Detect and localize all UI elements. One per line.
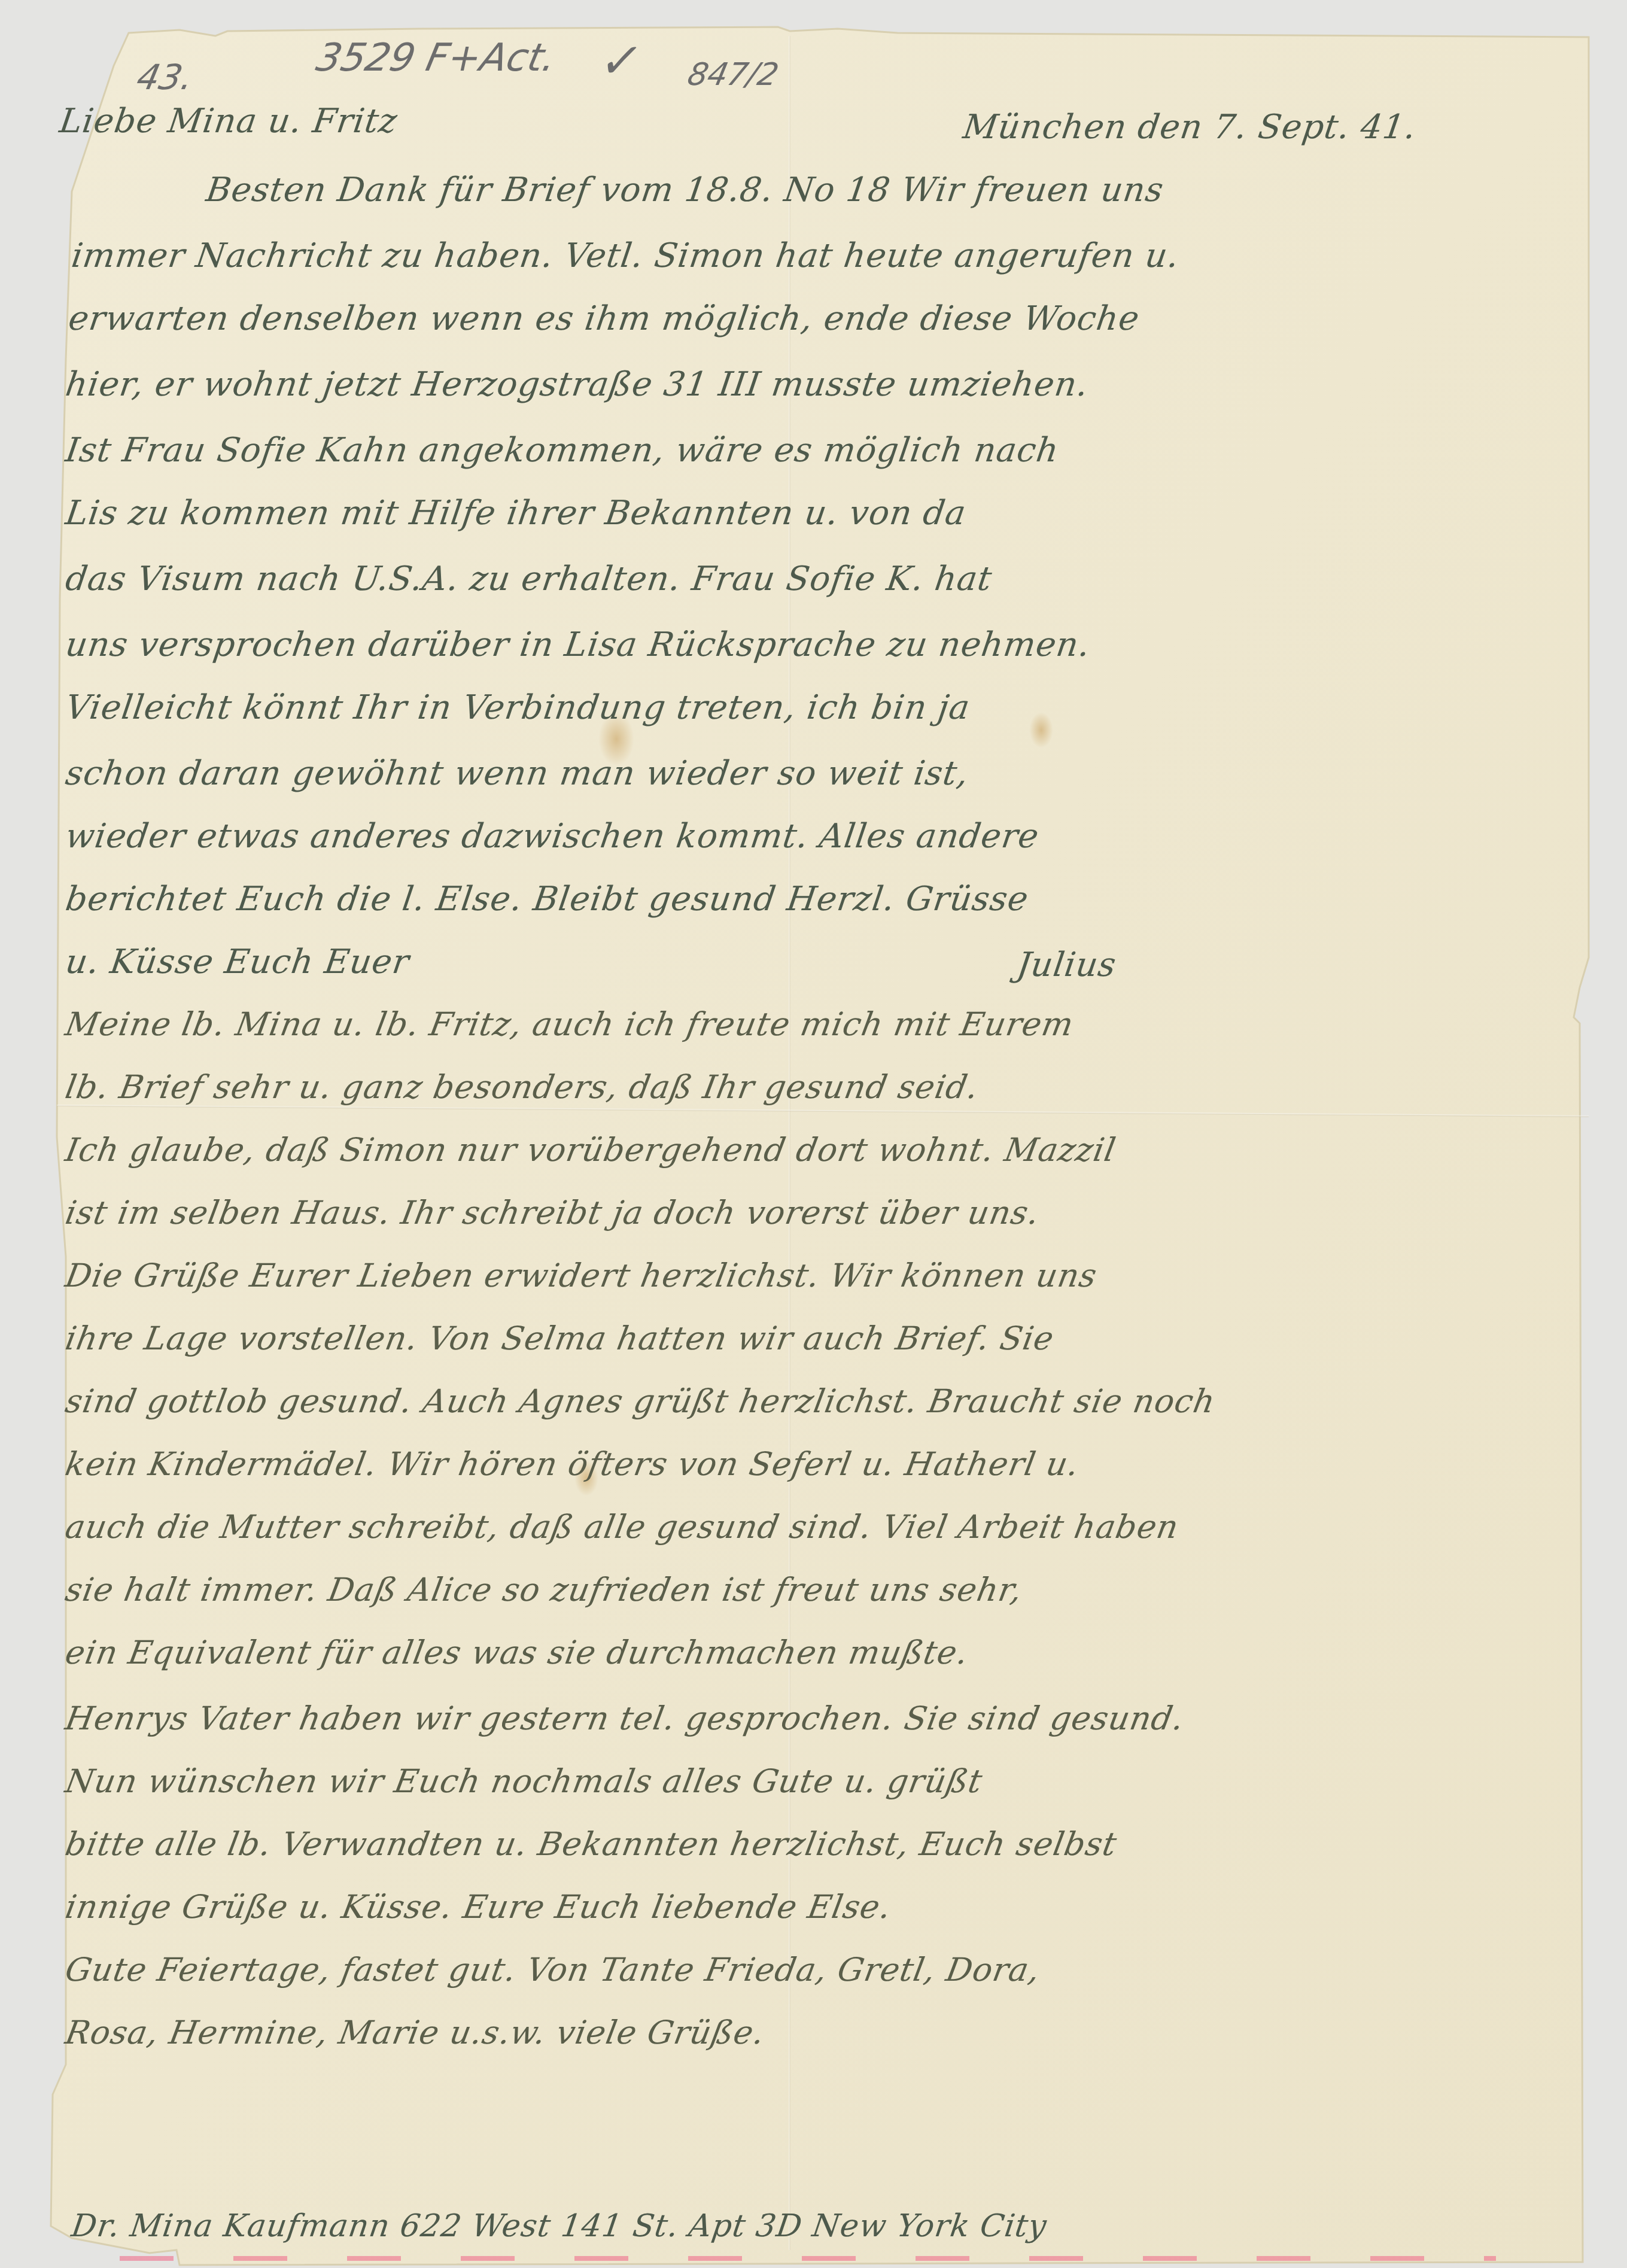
signature-julius: Julius (1014, 945, 1118, 984)
letter-line: immer Nachricht zu haben. Vetl. Simon ha… (69, 236, 1181, 275)
letter-line: ist im selben Haus. Ihr schreibt ja doch… (62, 1194, 1042, 1232)
letter-line: Rosa, Hermine, Marie u.s.w. viele Grüße. (62, 2014, 768, 2051)
letter-line: Ich glaube, daß Simon nur vorübergehend … (62, 1131, 1118, 1169)
letter-line: Gute Feiertage, fastet gut. Von Tante Fr… (62, 1951, 1043, 1989)
letter-line: kein Kindermädel. Wir hören öfters von S… (62, 1445, 1082, 1483)
letter-line: bitte alle lb. Verwandten u. Bekannten h… (62, 1825, 1120, 1863)
letter-line: schon daran gewöhnt wenn man wieder so w… (63, 754, 971, 793)
letter-line: u. Küsse Euch Euer (63, 943, 412, 981)
letter-line: Meine lb. Mina u. lb. Fritz, auch ich fr… (62, 1005, 1076, 1043)
letter-line: lb. Brief sehr u. ganz besonders, daß Ih… (62, 1068, 981, 1106)
address-footer: Dr. Mina Kaufmann 622 West 141 St. Apt 3… (69, 2208, 1049, 2244)
letter-line: wieder etwas anderes dazwischen kommt. A… (63, 817, 1041, 856)
letter-line: innige Grüße u. Küsse. Eure Euch liebend… (62, 1888, 894, 1926)
letter-line: hier, er wohnt jetzt Herzogstraße 31 III… (63, 365, 1091, 404)
ink-stain (1029, 712, 1053, 748)
pink-underline (120, 2256, 1496, 2261)
letter-line: uns versprochen darüber in Lisa Rückspra… (63, 625, 1093, 664)
salutation: Liebe Mina u. Fritz (57, 102, 400, 141)
letter-line: Besten Dank für Brief vom 18.8. No 18 Wi… (203, 171, 1166, 209)
place-date: München den 7. Sept. 41. (960, 108, 1419, 147)
letter-line: sind gottlob gesund. Auch Agnes grüßt he… (62, 1382, 1218, 1420)
letter-line: auch die Mutter schreibt, daß alle gesun… (62, 1508, 1182, 1546)
archive-folio: 847/2 (685, 57, 782, 93)
letter-line: Die Grüße Eurer Lieben erwidert herzlich… (62, 1257, 1100, 1294)
letter-line: Vielleicht könnt Ihr in Verbindung trete… (63, 688, 972, 727)
letter-line: ihre Lage vorstellen. Von Selma hatten w… (62, 1320, 1057, 1357)
letter-line: erwarten denselben wenn es ihm möglich, … (66, 299, 1142, 338)
letter-line: Nun wünschen wir Euch nochmals alles Gut… (62, 1762, 986, 1800)
archive-page-number: 43. (133, 57, 197, 98)
letter-line: berichtet Euch die l. Else. Bleibt gesun… (63, 880, 1031, 919)
letter-line: sie halt immer. Daß Alice so zufrieden i… (62, 1571, 1025, 1609)
letter-line: ein Equivalent für alles was sie durchma… (62, 1634, 971, 1671)
letter-sheet: 43. 3529 F+Act. ✓ 847/2 Liebe Mina u. Fr… (0, 0, 1627, 2268)
archive-reference: 3529 F+Act. (312, 36, 560, 80)
letter-line: Henrys Vater haben wir gestern tel. gesp… (62, 1700, 1187, 1737)
letter-line: Ist Frau Sofie Kahn angekommen, wäre es … (63, 431, 1061, 470)
letter-line: das Visum nach U.S.A. zu erhalten. Frau … (63, 560, 995, 598)
letter-line: Lis zu kommen mit Hilfe ihrer Bekannten … (63, 494, 968, 533)
